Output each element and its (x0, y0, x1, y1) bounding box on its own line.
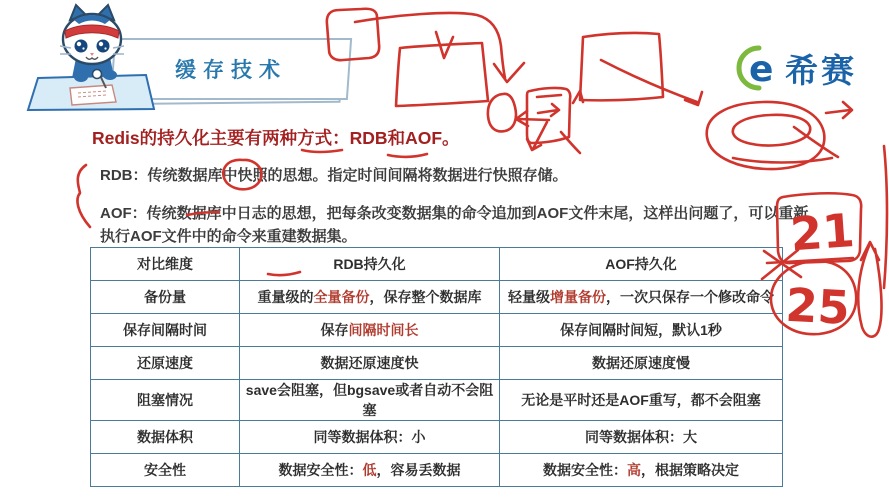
dimension-cell: 阻塞情况 (91, 380, 240, 421)
aof-cell: 轻量级增量备份，一次只保存一个修改命令 (500, 281, 783, 314)
table-row: 安全性 数据安全性：低，容易丢数据 数据安全性：高，根据策略决定 (91, 454, 783, 487)
table-row: 还原速度 数据还原速度快 数据还原速度慢 (91, 347, 783, 380)
underline-aof-heading (388, 154, 427, 157)
aof-cell: 同等数据体积：大 (500, 421, 783, 454)
rdb-cell: 数据安全性：低，容易丢数据 (240, 454, 500, 487)
dimension-cell: 数据体积 (91, 421, 240, 454)
sketch-arrowhead (494, 63, 524, 82)
sketch-diagonal-arrow (601, 60, 702, 105)
sketch-small-right-arrow (826, 102, 852, 118)
sketch-box-tail (561, 132, 580, 153)
sketch-down-check (436, 32, 453, 58)
svg-text:e: e (749, 49, 773, 90)
sketch-oval-outer (707, 102, 825, 169)
aof-cell: 数据还原速度慢 (500, 347, 783, 380)
sketch-oval-underline (733, 158, 832, 163)
sketch-downleft-arrow (527, 122, 547, 150)
rdb-cell: save会阻塞，但bgsave或者自动不会阻塞 (240, 380, 500, 421)
rdb-cell: 重量级的全量备份，保存整个数据库 (240, 281, 500, 314)
table-row: 阻塞情况 save会阻塞，但bgsave或者自动不会阻塞 无论是平时还是AOF重… (91, 380, 783, 421)
sketch-number-circle (771, 261, 856, 334)
sketch-blob (488, 94, 516, 132)
comparison-table: 对比维度 RDB持久化 AOF持久化 备份量 重量级的全量备份，保存整个数据库 … (90, 247, 783, 487)
sketch-left-arrow (516, 111, 549, 126)
sketch-right-edge-line (884, 146, 887, 288)
rdb-cell: 同等数据体积：小 (240, 421, 500, 454)
table-row: 保存间隔时间 保存间隔时间长 保存间隔时间短，默认1秒 (91, 314, 783, 347)
sketch-oval-cross (794, 127, 838, 157)
slide: 缓存技术 e 希赛 Redis的持久化主要有两种方式：RDB和AOF (0, 0, 889, 500)
rdb-cell: 数据还原速度快 (240, 347, 500, 380)
dimension-cell: 保存间隔时间 (91, 314, 240, 347)
sketch-right-box (580, 33, 663, 100)
logo-e-icon: e (735, 44, 783, 92)
sketch-curved-arrow (355, 13, 505, 78)
dimension-cell: 还原速度 (91, 347, 240, 380)
dimension-cell: 备份量 (91, 281, 240, 314)
paragraph-rdb: RDB：传统数据库中快照的思想。指定时间间隔将数据进行快照存储。 (100, 164, 820, 187)
sketch-small-box-bars (537, 95, 561, 116)
table-row: 数据体积 同等数据体积：小 同等数据体积：大 (91, 421, 783, 454)
table-row: 备份量 重量级的全量备份，保存整个数据库 轻量级增量备份，一次只保存一个修改命令 (91, 281, 783, 314)
aof-cell: 无论是平时还是AOF重写，都不会阻塞 (500, 380, 783, 421)
paragraph-aof: AOF：传统数据库中日志的思想，把每条改变数据集的命令追加到AOF文件末尾，这样… (100, 202, 812, 249)
sketch-oval-inner (733, 115, 810, 146)
header-rdb: RDB持久化 (240, 248, 500, 281)
dimension-cell: 安全性 (91, 454, 240, 487)
header-dimension: 对比维度 (91, 248, 240, 281)
mascot-cat-icon (26, 2, 158, 114)
banner-title: 缓存技术 (175, 54, 287, 84)
brand-logo: e 希赛 (735, 44, 857, 92)
sketch-small-box (527, 88, 570, 143)
header-aof: AOF持久化 (500, 248, 783, 281)
page-title: Redis的持久化主要有两种方式：RDB和AOF。 (92, 125, 460, 150)
rdb-cell: 保存间隔时间长 (240, 314, 500, 347)
brand-name: 希赛 (785, 45, 857, 92)
aof-cell: 保存间隔时间短，默认1秒 (500, 314, 783, 347)
sketch-mid-box (396, 43, 488, 106)
handwritten-number-circle: 25 (784, 278, 851, 335)
sketch-zigzag (573, 91, 583, 103)
table-header-row: 对比维度 RDB持久化 AOF持久化 (91, 248, 783, 281)
sketch-up-arrow-loop (858, 242, 881, 337)
aof-cell: 数据安全性：高，根据策略决定 (500, 454, 783, 487)
left-curly-brace (77, 165, 90, 227)
underline-rdb-heading (302, 150, 342, 152)
